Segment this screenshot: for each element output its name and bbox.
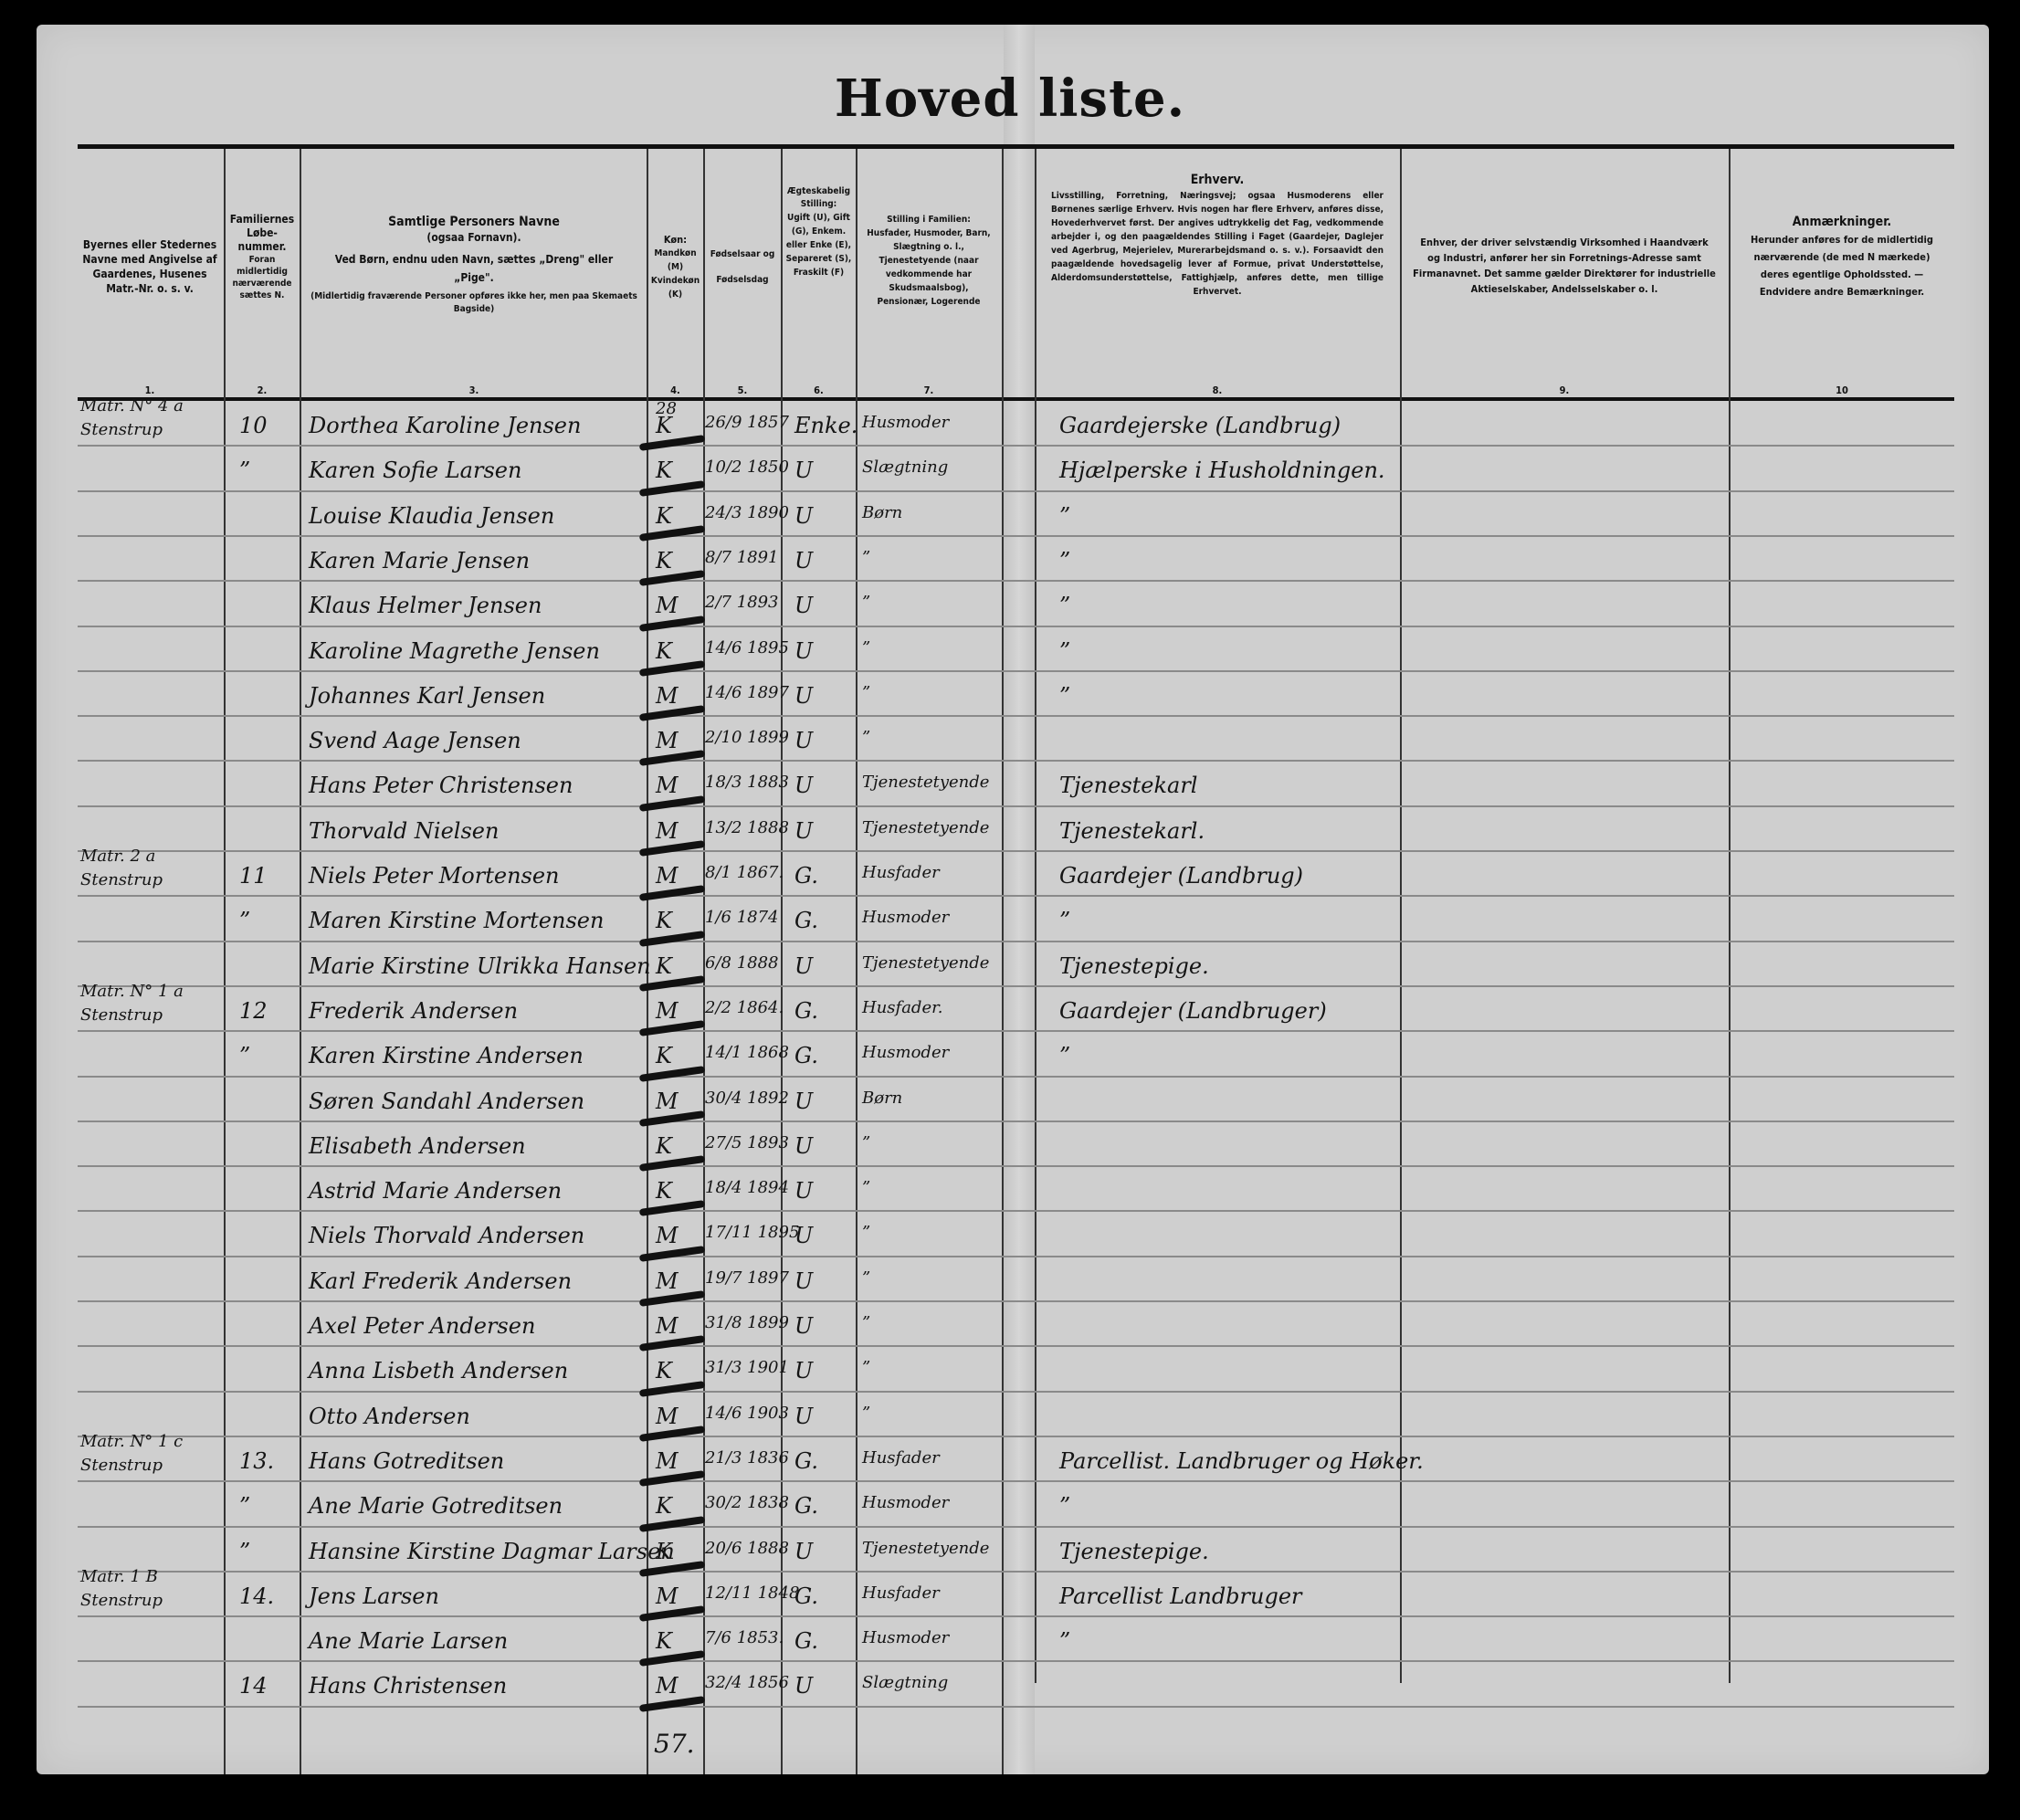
family-role-cell: ” — [862, 683, 870, 702]
birth-date-cell: 8/1 1867. — [705, 863, 782, 882]
person-name-cell: Ane Marie Larsen — [309, 1628, 508, 1654]
sex-cell: M — [656, 593, 679, 618]
header-col-1: Byernes eller Stedernes Navne med Angive… — [78, 151, 222, 395]
row-line — [78, 1706, 1954, 1708]
person-name-cell: Ane Marie Gotreditsen — [309, 1493, 563, 1519]
family-role-cell: ” — [862, 638, 870, 658]
occupation-cell: Tjenestepige. — [1059, 953, 1209, 979]
birth-date-cell: 14/6 1903 — [705, 1404, 782, 1423]
person-name-cell: Maren Kirstine Mortensen — [309, 908, 604, 933]
civil-status-cell: U — [794, 1268, 813, 1294]
row-line — [78, 1571, 1954, 1573]
sex-cell: K — [656, 1133, 672, 1159]
person-name-cell: Niels Thorvald Andersen — [309, 1223, 584, 1248]
family-number-cell: ” — [239, 1493, 250, 1519]
row-line — [78, 985, 1954, 987]
sex-cell: M — [656, 728, 679, 753]
family-role-cell: ” — [862, 1223, 870, 1242]
row-line — [78, 1210, 1954, 1212]
family-role-cell: ” — [862, 593, 870, 612]
header-col-4: Køn: Mandkøn (M) Kvindekøn (K) 4. — [648, 151, 702, 395]
header-bottom-rule — [78, 397, 1954, 401]
person-name-cell: Jens Larsen — [309, 1583, 439, 1609]
birth-date-cell: 31/3 1901 — [705, 1358, 782, 1377]
header-col-2-title: Familiernes Løbe-nummer. — [226, 213, 299, 254]
family-role-cell: Tjenestetyende — [862, 953, 989, 973]
occupation-cell: Gaardejer (Landbrug) — [1059, 863, 1303, 889]
occupation-cell: ” — [1059, 683, 1070, 709]
person-name-cell: Hans Gotreditsen — [309, 1448, 504, 1474]
family-role-cell: ” — [862, 1404, 870, 1423]
sex-cell: M — [656, 1089, 679, 1114]
family-role-cell: Slægtning — [862, 1673, 948, 1692]
civil-status-cell: U — [794, 1673, 813, 1699]
header-col-6-title: Ægteskabelig Stilling: — [783, 185, 855, 211]
occupation-cell: Gaardejer (Landbruger) — [1059, 998, 1327, 1024]
birth-date-cell: 26/9 1857 — [705, 413, 782, 432]
sex-cell: M — [656, 683, 679, 709]
family-number-cell: 13. — [239, 1448, 274, 1474]
family-role-cell: Husmoder — [862, 908, 949, 927]
row-line — [78, 1120, 1954, 1122]
civil-status-cell: U — [794, 638, 813, 664]
family-role-cell: Husfader — [862, 1583, 940, 1603]
person-name-cell: Karoline Magrethe Jensen — [309, 638, 600, 664]
civil-status-cell: G. — [794, 1628, 818, 1654]
sex-cell: M — [656, 1268, 679, 1294]
header-col-9-text: Enhver, der driver selvstændig Virksomhe… — [1402, 235, 1727, 297]
birth-date-cell: 18/3 1883 — [705, 773, 782, 792]
civil-status-cell: U — [794, 728, 813, 753]
family-role-cell: ” — [862, 548, 870, 567]
page-title: Hoved liste. — [0, 68, 2020, 129]
row-line — [78, 1436, 1954, 1437]
place-cell: Matr. N° 1 a Stenstrup — [80, 980, 222, 1027]
occupation-cell: Parcellist Landbruger — [1059, 1583, 1302, 1609]
sex-cell: M — [656, 1313, 679, 1339]
header-col-3-num: 3. — [303, 384, 645, 397]
civil-status-cell: U — [794, 1223, 813, 1248]
sex-cell: K — [656, 1539, 672, 1564]
occupation-cell: Tjenestekarl — [1059, 773, 1197, 798]
birth-date-cell: 2/10 1899 — [705, 728, 782, 747]
civil-status-cell: G. — [794, 1043, 818, 1068]
header-col-10-title: Anmærkninger. — [1731, 213, 1953, 231]
person-name-cell: Karen Marie Jensen — [309, 548, 530, 573]
birth-date-cell: 14/6 1897 — [705, 683, 782, 702]
header-col-10-num: 10 — [1731, 384, 1953, 397]
occupation-cell: ” — [1059, 1628, 1070, 1654]
family-role-cell: Børn — [862, 503, 902, 522]
row-line — [78, 670, 1954, 672]
row-line — [78, 1256, 1954, 1257]
occupation-cell: ” — [1059, 593, 1070, 618]
birth-date-cell: 27/5 1893 — [705, 1133, 782, 1152]
civil-status-cell: U — [794, 683, 813, 709]
person-name-cell: Dorthea Karoline Jensen — [309, 413, 581, 438]
column-divider — [300, 149, 301, 1774]
occupation-cell: Parcellist. Landbruger og Høker. — [1059, 1448, 1397, 1474]
birth-date-cell: 14/1 1868 — [705, 1043, 782, 1062]
birth-date-cell: 14/6 1895 — [705, 638, 782, 658]
family-number-cell: 10 — [239, 413, 268, 438]
header-col-8-num: 8. — [1036, 384, 1398, 397]
civil-status-cell: U — [794, 1313, 813, 1339]
sex-cell: M — [656, 818, 679, 844]
birth-date-cell: 1/6 1874 — [705, 908, 779, 927]
person-name-cell: Svend Aage Jensen — [309, 728, 521, 753]
birth-date-cell: 30/4 1892 — [705, 1089, 782, 1108]
occupation-cell: Tjenestepige. — [1059, 1539, 1209, 1564]
row-line — [78, 805, 1954, 807]
occupation-cell: ” — [1059, 503, 1070, 529]
civil-status-cell: G. — [794, 1583, 818, 1609]
civil-status-cell: U — [794, 818, 813, 844]
civil-status-cell: U — [794, 773, 813, 798]
birth-date-cell: 7/6 1853. — [705, 1628, 782, 1647]
family-role-cell: Slægtning — [862, 458, 948, 477]
family-role-cell: ” — [862, 1313, 870, 1332]
family-role-cell: Husfader. — [862, 998, 942, 1017]
civil-status-cell: U — [794, 1539, 813, 1564]
header-col-4-num: 4. — [648, 384, 702, 397]
occupation-cell: ” — [1059, 1493, 1070, 1519]
header-col-4-title: Køn: — [648, 233, 702, 247]
row-line — [78, 1030, 1954, 1032]
person-name-cell: Karl Frederik Andersen — [309, 1268, 572, 1294]
sex-cell: M — [656, 773, 679, 798]
civil-status-cell: G. — [794, 908, 818, 933]
birth-date-cell: 24/3 1890 — [705, 503, 782, 522]
person-name-cell: Hans Christensen — [309, 1673, 507, 1699]
person-name-cell: Astrid Marie Andersen — [309, 1178, 562, 1204]
header-col-8-title: Erhverv. — [1036, 171, 1398, 189]
header-col-10: Anmærkninger. Herunder anføres for de mi… — [1731, 151, 1953, 395]
birth-date-cell: 18/4 1894 — [705, 1178, 782, 1197]
row-line — [78, 1480, 1954, 1482]
sex-cell: M — [656, 1673, 679, 1699]
family-role-cell: ” — [862, 728, 870, 747]
place-cell: Matr. N° 1 c Stenstrup — [80, 1430, 222, 1478]
header-col-2-text: Foran midlertidig nærværende sættes N. — [226, 254, 299, 301]
birth-date-cell: 30/2 1838 — [705, 1493, 782, 1512]
person-name-cell: Niels Peter Mortensen — [309, 863, 560, 889]
header-col-7-text: Husfader, Husmoder, Barn, Slægtning o. l… — [857, 226, 1000, 309]
family-role-cell: ” — [862, 1268, 870, 1288]
row-line — [78, 445, 1954, 447]
civil-status-cell: U — [794, 1358, 813, 1383]
family-role-cell: Husmoder — [862, 1628, 949, 1647]
header-col-10-text: Herunder anføres for de midlertidig nærv… — [1731, 231, 1953, 300]
person-name-cell: Johannes Karl Jensen — [309, 683, 545, 709]
family-role-cell: Husfader — [862, 1448, 940, 1468]
occupation-cell: ” — [1059, 908, 1070, 933]
person-name-cell: Otto Andersen — [309, 1404, 470, 1429]
row-line — [78, 895, 1954, 897]
place-cell: Matr. N° 4 a Stenstrup — [80, 395, 222, 442]
sex-cell: K — [656, 458, 672, 483]
birth-date-cell: 2/7 1893 — [705, 593, 779, 612]
civil-status-cell: U — [794, 1089, 813, 1114]
occupation-cell: Hjælperske i Husholdningen. — [1059, 458, 1385, 483]
sex-cell: K — [656, 548, 672, 573]
sex-cell: K — [656, 1358, 672, 1383]
header-col-3-text: Ved Børn, endnu uden Navn, sættes „Dreng… — [321, 250, 626, 287]
family-number-cell: ” — [239, 458, 250, 483]
person-name-cell: Søren Sandahl Andersen — [309, 1089, 584, 1114]
family-role-cell: Husmoder — [862, 413, 949, 432]
row-line — [78, 580, 1954, 582]
occupation-cell: Tjenestekarl. — [1059, 818, 1205, 844]
header-col-3-title: Samtlige Personers Navne — [303, 213, 645, 231]
family-number-cell: 14. — [239, 1583, 274, 1609]
birth-date-cell: 2/2 1864. — [705, 998, 782, 1017]
row-line — [78, 1165, 1954, 1167]
header-col-2-num: 2. — [226, 384, 299, 397]
birth-date-cell: 17/11 1895 — [705, 1223, 782, 1242]
header-col-6-text: Ugift (U), Gift (G), Enkem. eller Enke (… — [783, 211, 855, 279]
row-line — [78, 1076, 1954, 1078]
place-cell: Matr. 2 a Stenstrup — [80, 845, 222, 892]
row-line — [78, 1345, 1954, 1347]
birth-date-cell: 6/8 1888 — [705, 953, 779, 973]
header-col-7-num: 7. — [857, 384, 1000, 397]
header-col-5-num: 5. — [705, 384, 780, 397]
civil-status-cell: U — [794, 1404, 813, 1429]
person-name-cell: Thorvald Nielsen — [309, 818, 499, 844]
person-name-cell: Karen Kirstine Andersen — [309, 1043, 584, 1068]
page-gutter — [1004, 25, 1035, 1774]
header-col-1-text: Byernes eller Stedernes Navne med Angive… — [78, 237, 222, 296]
birth-date-cell: 8/7 1891 — [705, 548, 779, 567]
civil-status-cell: U — [794, 503, 813, 529]
birth-date-cell: 21/3 1836 — [705, 1448, 782, 1468]
row-line — [78, 760, 1954, 762]
family-role-cell: Tjenestetyende — [862, 818, 989, 837]
row-line — [78, 1615, 1954, 1617]
header-col-6: Ægteskabelig Stilling: Ugift (U), Gift (… — [783, 151, 855, 395]
civil-status-cell: U — [794, 548, 813, 573]
birth-date-cell: 10/2 1850 — [705, 458, 782, 477]
sex-cell: M — [656, 1223, 679, 1248]
civil-status-cell: U — [794, 1178, 813, 1204]
occupation-cell: ” — [1059, 548, 1070, 573]
sex-cell: M — [656, 1404, 679, 1429]
person-name-cell: Hans Peter Christensen — [309, 773, 573, 798]
civil-status-cell: G. — [794, 1493, 818, 1519]
occupation-cell: ” — [1059, 1043, 1070, 1068]
row-line — [78, 715, 1954, 717]
row-line — [78, 1526, 1954, 1528]
family-number-cell: ” — [239, 908, 250, 933]
family-role-cell: Tjenestetyende — [862, 773, 989, 792]
civil-status-cell: U — [794, 458, 813, 483]
person-name-cell: Klaus Helmer Jensen — [309, 593, 542, 618]
sex-cell: K — [656, 1178, 672, 1204]
header-col-9: Enhver, der driver selvstændig Virksomhe… — [1402, 151, 1727, 395]
family-role-cell: Børn — [862, 1089, 902, 1108]
header-col-5-text: Fødselsaar og Fødselsdag — [705, 242, 780, 293]
row-line — [78, 490, 1954, 492]
sex-cell: M — [656, 1448, 679, 1474]
birth-date-cell: 20/6 1888 — [705, 1539, 782, 1558]
header-col-5: Fødselsaar og Fødselsdag 5. — [705, 151, 780, 395]
sex-cell: K — [656, 953, 672, 979]
birth-date-cell: 32/4 1856 — [705, 1673, 782, 1692]
sex-cell: K — [656, 413, 672, 438]
family-number-cell: ” — [239, 1539, 250, 1564]
person-name-cell: Hansine Kirstine Dagmar Larsen — [309, 1539, 645, 1564]
person-name-cell: Elisabeth Andersen — [309, 1133, 526, 1159]
row-line — [78, 535, 1954, 537]
family-number-cell: 11 — [239, 863, 268, 889]
civil-status-cell: U — [794, 593, 813, 618]
birth-date-cell: 31/8 1899 — [705, 1313, 782, 1332]
person-name-cell: Louise Klaudia Jensen — [309, 503, 554, 529]
header-col-7-title: Stilling i Familien: — [857, 213, 1000, 226]
family-role-cell: Husfader — [862, 863, 940, 882]
header-col-4-text: Mandkøn (M) Kvindekøn (K) — [648, 247, 702, 301]
family-role-cell: ” — [862, 1178, 870, 1197]
family-role-cell: Husmoder — [862, 1043, 949, 1062]
row-line — [78, 850, 1954, 852]
family-role-cell: Husmoder — [862, 1493, 949, 1512]
birth-date-cell: 12/11 1848 — [705, 1583, 782, 1603]
header-col-8-text: Livsstilling, Forretning, Næringsvej; og… — [1036, 189, 1398, 299]
top-rule — [78, 144, 1954, 149]
sex-cell: K — [656, 638, 672, 664]
sex-cell: K — [656, 908, 672, 933]
header-col-2: Familiernes Løbe-nummer. Foran midlertid… — [226, 151, 299, 395]
sex-cell: M — [656, 1583, 679, 1609]
header-col-9-num: 9. — [1402, 384, 1727, 397]
civil-status-cell: G. — [794, 998, 818, 1024]
occupation-cell: Gaardejerske (Landbrug) — [1059, 413, 1341, 438]
civil-status-cell: Enke. — [794, 413, 853, 438]
civil-status-cell: G. — [794, 1448, 818, 1474]
person-name-cell: Axel Peter Andersen — [309, 1313, 535, 1339]
footer-total: 57. — [654, 1729, 695, 1759]
sex-cell: K — [656, 1628, 672, 1654]
header-col-6-num: 6. — [783, 384, 855, 397]
occupation-cell: ” — [1059, 638, 1070, 664]
family-number-cell: ” — [239, 1043, 250, 1068]
civil-status-cell: U — [794, 1133, 813, 1159]
row-line — [78, 626, 1954, 627]
column-divider — [1002, 149, 1004, 1774]
family-role-cell: Tjenestetyende — [862, 1539, 989, 1558]
sex-cell: K — [656, 503, 672, 529]
civil-status-cell: U — [794, 953, 813, 979]
header-col-3-sub: (ogsaa Fornavn). — [303, 231, 645, 245]
row-line — [78, 1391, 1954, 1393]
civil-status-cell: G. — [794, 863, 818, 889]
header-col-7: Stilling i Familien: Husfader, Husmoder,… — [857, 151, 1000, 395]
family-number-cell: 12 — [239, 998, 268, 1024]
header-col-8: Erhverv. Livsstilling, Forretning, Nærin… — [1036, 151, 1398, 395]
person-name-cell: Marie Kirstine Ulrikka Hansen — [309, 953, 645, 979]
place-cell: Matr. 1 B Stenstrup — [80, 1565, 222, 1613]
person-name-cell: Anna Lisbeth Andersen — [309, 1358, 568, 1383]
person-name-cell: Frederik Andersen — [309, 998, 518, 1024]
header-col-3-note: (Midlertidig fraværende Personer opføres… — [310, 290, 637, 316]
row-line — [78, 1660, 1954, 1662]
header-col-3: Samtlige Personers Navne (ogsaa Fornavn)… — [303, 151, 645, 395]
family-number-cell: 14 — [239, 1673, 268, 1699]
row-line — [78, 1300, 1954, 1302]
birth-date-cell: 13/2 1888 — [705, 818, 782, 837]
person-name-cell: Karen Sofie Larsen — [309, 458, 521, 483]
sex-cell: M — [656, 998, 679, 1024]
row-line — [78, 941, 1954, 942]
sex-cell: M — [656, 863, 679, 889]
family-role-cell: ” — [862, 1133, 870, 1152]
family-role-cell: ” — [862, 1358, 870, 1377]
birth-date-cell: 19/7 1897 — [705, 1268, 782, 1288]
sex-cell: K — [656, 1493, 672, 1519]
sex-cell: K — [656, 1043, 672, 1068]
